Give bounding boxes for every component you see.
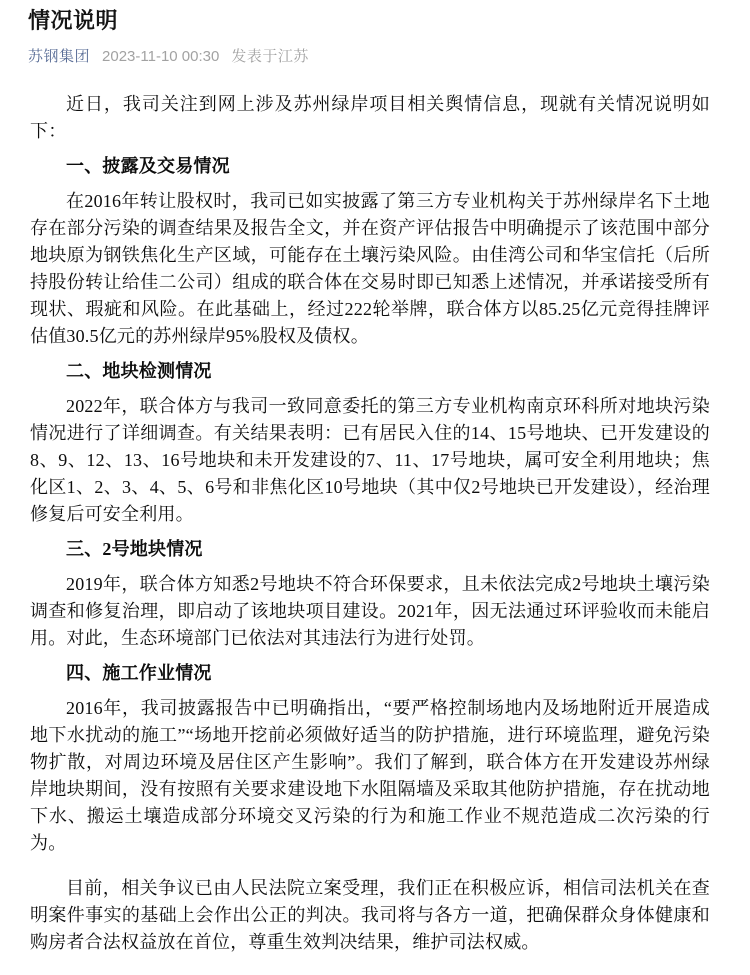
article-body: 近日，我司关注到网上涉及苏州绿岸项目相关舆情信息，现就有关情况说明如下： 一、披… xyxy=(0,91,750,956)
article-page: 情况说明 苏钢集团 2023-11-10 00:30 发表于江苏 近日，我司关注… xyxy=(0,0,750,975)
section-4-paragraph: 2016年，我司披露报告中已明确指出，“要严格控制场地内及场地附近开展造成地下水… xyxy=(30,695,710,857)
article-header: 情况说明 苏钢集团 2023-11-10 00:30 发表于江苏 xyxy=(0,6,750,67)
section-1-heading: 一、披露及交易情况 xyxy=(30,153,710,180)
intro-paragraph: 近日，我司关注到网上涉及苏州绿岸项目相关舆情信息，现就有关情况说明如下： xyxy=(30,91,710,145)
article-title: 情况说明 xyxy=(28,6,710,36)
byline: 苏钢集团 2023-11-10 00:30 发表于江苏 xyxy=(28,46,710,67)
closing-paragraph: 目前，相关争议已由人民法院立案受理，我们正在积极应诉，相信司法机关在查明案件事实… xyxy=(30,875,710,956)
section-4-heading: 四、施工作业情况 xyxy=(30,660,710,687)
section-3-heading: 三、2号地块情况 xyxy=(30,536,710,563)
account-name-link[interactable]: 苏钢集团 xyxy=(28,46,90,67)
publish-timestamp: 2023-11-10 00:30 xyxy=(102,46,219,67)
section-2-paragraph: 2022年，联合体方与我司一致同意委托的第三方专业机构南京环科所对地块污染情况进… xyxy=(30,393,710,528)
section-1-paragraph: 在2016年转让股权时，我司已如实披露了第三方专业机构关于苏州绿岸名下土地存在部… xyxy=(30,188,710,350)
publish-location: 发表于江苏 xyxy=(231,46,309,67)
section-2-heading: 二、地块检测情况 xyxy=(30,358,710,385)
section-3-paragraph: 2019年，联合体方知悉2号地块不符合环保要求，且未依法完成2号地块土壤污染调查… xyxy=(30,571,710,652)
